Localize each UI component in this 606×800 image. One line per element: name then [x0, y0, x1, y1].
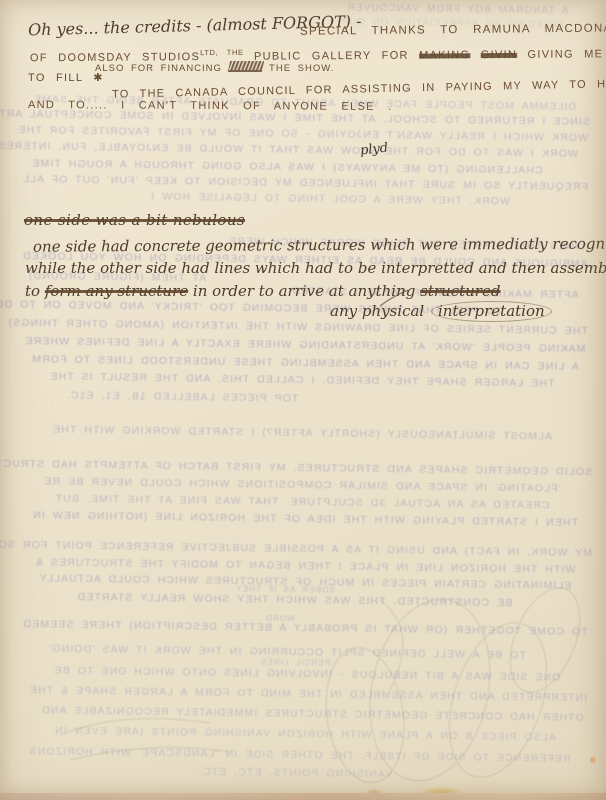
credits-line2-post: GIVING ME A GALLERY [527, 48, 606, 61]
bleedthrough-line: CREATED AS AN ACTUAL 3D SCULPTURE. THAT … [22, 492, 582, 512]
bleedthrough-line: BE CONSTRUCTED. THIS WAS WHICH THEY SHOW… [22, 590, 567, 610]
orange-dot [590, 757, 596, 763]
bleedthrough-line: THEN I STARTED PLAYING WITH THE IDEA OF … [22, 509, 588, 529]
body-line3-mid: in order to arrive at anything [193, 282, 415, 300]
credits-to-fill: TO FILL ✱ [28, 71, 104, 84]
credits-struck-word-givin: GIVIN [481, 49, 518, 61]
bleedthrough-line: TOP PIECES LABELLED 1B, E1, E1C. [22, 389, 342, 405]
bleedthrough-line: THE LARGER SHAPE THEY DEFINED. I CALLED … [22, 370, 582, 390]
bleedthrough-line: ALMOST SIMULTANEOUSLY (SHORTLY AFTER?) I… [22, 423, 582, 443]
credits-raised-insert: ALSO FOR FINANCING THE SHOW. [95, 61, 334, 74]
body-line1: one side had concrete geometric structur… [33, 234, 606, 255]
bleedthrough-line: ALSO PIECE B ON A PLANE WITH HORIZON VAN… [40, 724, 570, 743]
bleedthrough-line: A LINE CAN IN SPACE AND THEN ASSEMBLING … [22, 353, 588, 373]
body-struck-form-any-structure: form any structure [45, 282, 188, 300]
bleedthrough-line: REFERENCE TO SIDE OF ITSELF. THE OTHER S… [22, 745, 577, 765]
bleedthrough-line: VANISHING POINTS, ETC, ETC. [150, 765, 440, 781]
bleedthrough-line: MY WORK, IN FACT) AND USING IT AS A POSS… [22, 539, 592, 559]
bleedthrough-line: WORK. THEY WERE A COOL THING TO LEGALISE… [120, 190, 540, 208]
body-struck-structured: structured [420, 282, 500, 300]
credits-struck-word-making: MAKING [419, 49, 470, 61]
scribbled-out-word [227, 61, 263, 72]
bleedthrough-line: OTHER HAD CONCRETE GEOMETRIC STRUCTURES … [30, 704, 595, 724]
body-line3-pre: to [25, 282, 40, 300]
credits-line2-superscript: LTD, THE [200, 48, 244, 57]
insertion-pre: any physical [330, 302, 424, 320]
credits-line4: AND TO..... I CAN'T THINK OF ANYONE ELSE… [28, 99, 393, 113]
credits-raised-post: THE SHOW. [269, 63, 334, 74]
credits-line1: SPECIAL THANKS TO RAMUNA MACDONALD [300, 22, 606, 37]
page-bottom-edge [0, 793, 606, 800]
bleedthrough-line: SOLID GEOMETRIC SHAPES AND STRUCTURES. M… [22, 458, 592, 478]
body-line3: to form any structure in order to arrive… [25, 282, 500, 300]
bleedthrough-line: WORK I WAS TO DO FOR THE SHOW WAS THAT I… [22, 140, 578, 160]
margin-note: plyd [359, 141, 389, 159]
bleedthrough-line: MAKING PEOPLE 'WORK' AT UNDERSTANDING WH… [22, 335, 588, 355]
body-line2: while the other side had lines which had… [25, 259, 606, 277]
insertion-circled-word: interpretation [431, 301, 552, 322]
struck-note: one side was a bit nebulous [24, 211, 245, 229]
credits-raised-pre: ALSO FOR FINANCING [95, 63, 222, 74]
bleedthrough-line: PENCIL LINES [250, 657, 340, 667]
bleedthrough-line: TO COME TOGETHER (OR WHAT IS PROBABLY A … [22, 618, 588, 638]
bleedthrough-line: INTERPRETED AND THEN ASSEMBLED IN THE MI… [22, 684, 594, 704]
bleedthrough-line: A TANGRAM BOY FROM VANCOUVER [330, 2, 585, 17]
notebook-page: A TANGRAM BOY FROM VANCOUVERSPEEDING OF … [0, 0, 606, 800]
body-insertion: any physical interpretation [330, 301, 552, 322]
bleedthrough-line: ONE SIDE WAS A BIT NEBULOUS - INVOLVING … [22, 664, 592, 684]
bleedthrough-line: 'FLOATING' IN SPACE AND SIMILAR COMPOSIT… [22, 475, 582, 495]
